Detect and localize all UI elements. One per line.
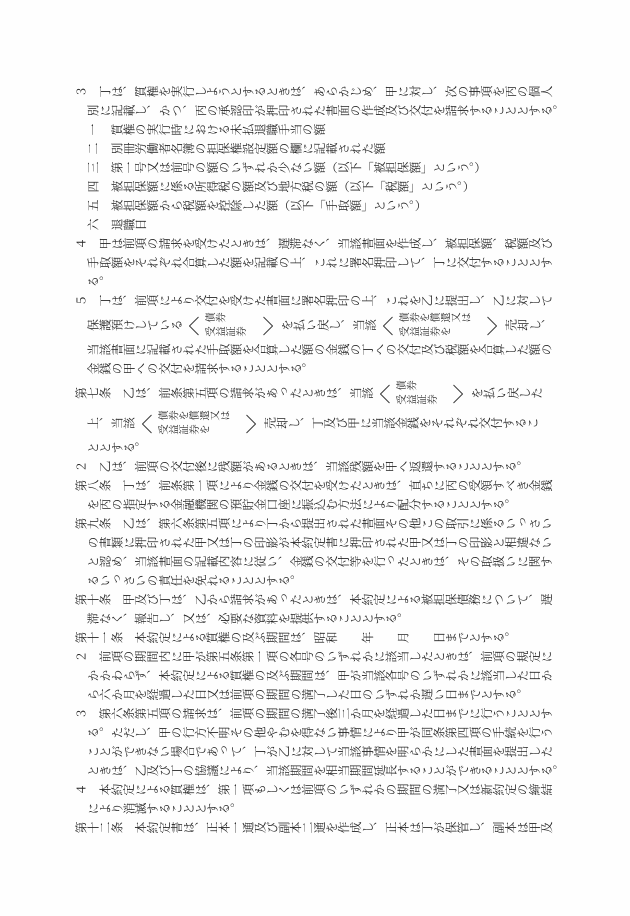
doc-line: 当該書面に記載された手取額を合算した額の金銭の丁への交付及び税額を合算した額の (75, 341, 552, 360)
doc-line-para-5: ５ 丁は、前項により交付を受けた書面に署名押印の上、これを乙に提出し、乙に対して (75, 292, 552, 311)
doc-line-item-1: 一 質権の実行時における未払退職手当の額 (75, 121, 552, 140)
option-stack: 債券を償還又は 受益証券を (399, 312, 487, 340)
doc-line-item-2: 二 別冊労働者名簿の担保権設定額の欄に記載された額 (75, 140, 552, 159)
angle-bracket-open-icon (142, 414, 152, 434)
doc-line: るいっさいの責任を免れることとする。 (75, 572, 552, 591)
option: 受益証券 (205, 326, 246, 340)
doc-line-item-4: 四 被担保額に係る所得税の額及び地方税の額（以下「税額」という。） (75, 178, 552, 197)
angle-bracket-close-icon (263, 316, 273, 336)
angle-bracket-open-icon (380, 384, 390, 404)
doc-line-article-12: 第十二条 本約定書は、正本一通及び副本二通を作成し、正本は丁が保管し、副本は甲及 (75, 819, 552, 838)
option: 受益証券を (399, 326, 471, 340)
option-stack: 債券 受益証券 (205, 312, 262, 340)
option: 受益証券 (396, 394, 437, 408)
doc-line: かかわらず、本約定による質権の及ぶ期間は、甲が当該各号のいずれかに該当した日か (75, 667, 552, 686)
line-text: を払い戻した (471, 384, 543, 403)
doc-line: を丙の指定する金融機関の預貯金口座に振込む方法により配分することとする。 (75, 496, 552, 515)
doc-line: る。ただし、甲の行方不明その他やむを得ない事情により甲が同条第四項の手続を行う (75, 724, 552, 743)
option: 債券を償還又は (158, 410, 230, 424)
doc-line-article-9: 第九条 乙は、第六条第五項により丁から提出された書面その他この取引に係るいっさい (75, 515, 552, 534)
doc-line: 別に記載し、かつ、丙の承認印が押印された書面の作成及び交付を請求することとする。 (75, 102, 552, 121)
doc-line-para-3: ３ 第六条第五項の請求は、前項の期間の満了後三か月を経過した日までに行うこととす (75, 705, 552, 724)
line-text: 上、当該 (87, 414, 135, 433)
document-page: ３ 丁は、質権を実行しようとするときは、あらかじめ、甲に対し、次の事項を丙の個人… (0, 0, 630, 916)
doc-line: ことができない場合であって、丁が乙に対して当該事情を明らかにした書面を提出した (75, 743, 552, 762)
doc-line-with-options: 上、当該 債券を償還又は 受益証券を 売却し、丁及び甲に当該金銭をそれぞれ交付す… (75, 409, 552, 439)
doc-line-item-3: 三 第一号又は前号の額のいずれか少ない額（以下「被担保額」という。） (75, 159, 552, 178)
doc-line: により消滅することとする。 (75, 800, 552, 819)
doc-line-article-11: 第十一条 本約定による質権の及ぶ期間は、昭和 年 月 日までとする。 (75, 629, 552, 648)
line-text: を払い戻し、当該 (281, 316, 376, 335)
angle-bracket-open-icon (189, 316, 199, 336)
doc-line: 滞なく、報告し、又は、必要な資料を提供することとする。 (75, 610, 552, 629)
doc-line: ととする。 (75, 439, 552, 458)
doc-line-para-2: ２ 乙は、前項の交付後に残額があるときは、当該残額を甲へ返還することとする。 (75, 458, 552, 477)
option: 債券を償還又は (399, 312, 471, 326)
line-text: 売却し、丁及び甲に当該金銭をそれぞれ交付するこ (264, 414, 538, 433)
doc-line: る。 (75, 273, 552, 292)
doc-line: ら六か月を経過した日又は前項の期間の満了した日のいずれか遅い日までとする。 (75, 686, 552, 705)
option: 受益証券を (158, 424, 230, 438)
doc-line-article-7: 第七条 乙は、前条第五項の請求があったときは、当該 債券 受益証券 を払い戻した (75, 379, 552, 409)
doc-line: ときは、乙及び丁の協議により、当該期間を相当期間延長することができることとする。 (75, 762, 552, 781)
doc-line-para-3: ３ 丁は、質権を実行しようとするときは、あらかじめ、甲に対し、次の事項を丙の個人 (75, 83, 552, 102)
document-body: ３ 丁は、質権を実行しようとするときは、あらかじめ、甲に対し、次の事項を丙の個人… (75, 83, 552, 838)
doc-line-article-8: 第八条 丁は、前条第一項により金銭の交付を受けたときは、直ちに丙の受領すべき金銭 (75, 477, 552, 496)
angle-bracket-open-icon (383, 316, 393, 336)
option: 債券 (396, 380, 437, 394)
angle-bracket-close-icon (487, 316, 497, 336)
option: 債券 (205, 312, 246, 326)
doc-line: 金銭の甲への交付を請求することとする。 (75, 360, 552, 379)
doc-line-with-options: 保護預けしている 債券 受益証券 を払い戻し、当該 債券を償還又は 受益証券を … (75, 311, 552, 341)
doc-line: と認め、当該書面の記載内容に従い、金銭の交付等を行ったときは、その取扱いに関す (75, 553, 552, 572)
option-stack: 債券を償還又は 受益証券を (158, 410, 246, 438)
option-stack: 債券 受益証券 (396, 380, 453, 408)
doc-line-article-10: 第十条 甲及び丁は、乙から請求があったときは、本約定による被担保債務について、遅 (75, 591, 552, 610)
doc-line-item-6: 六 退職日 (75, 216, 552, 235)
doc-line: の書類に押印された甲又は丁の印影が本約定書に押印された甲又は丁の印影と相違ない (75, 534, 552, 553)
doc-line-para-4: ４ 本約定による質権は、第一項もしくは前項のいずれかの期間の満了又は新約定の締結 (75, 781, 552, 800)
doc-line: 手取額をそれぞれ合算した額を記載の上、これに署名押印して、丁に交付することとす (75, 254, 552, 273)
line-text: 保護預けしている (87, 316, 182, 335)
line-text: 売却し、 (505, 316, 553, 335)
line-text: 第七条 乙は、前条第五項の請求があったときは、当該 (75, 384, 373, 403)
doc-line-item-5: 五 被担保額から税額を控除した額（以下「手取額」という。） (75, 197, 552, 216)
doc-line-para-4: ４ 甲は前項の請求を受けたときは、遅滞なく、当該書面を作成し、被担保額、税額及び (75, 235, 552, 254)
angle-bracket-close-icon (453, 384, 463, 404)
angle-bracket-close-icon (246, 414, 256, 434)
doc-line-para-2: ２ 前項の期間内に甲が第五条第一項の各号のいずれかに該当したときは、前項の規定に (75, 648, 552, 667)
